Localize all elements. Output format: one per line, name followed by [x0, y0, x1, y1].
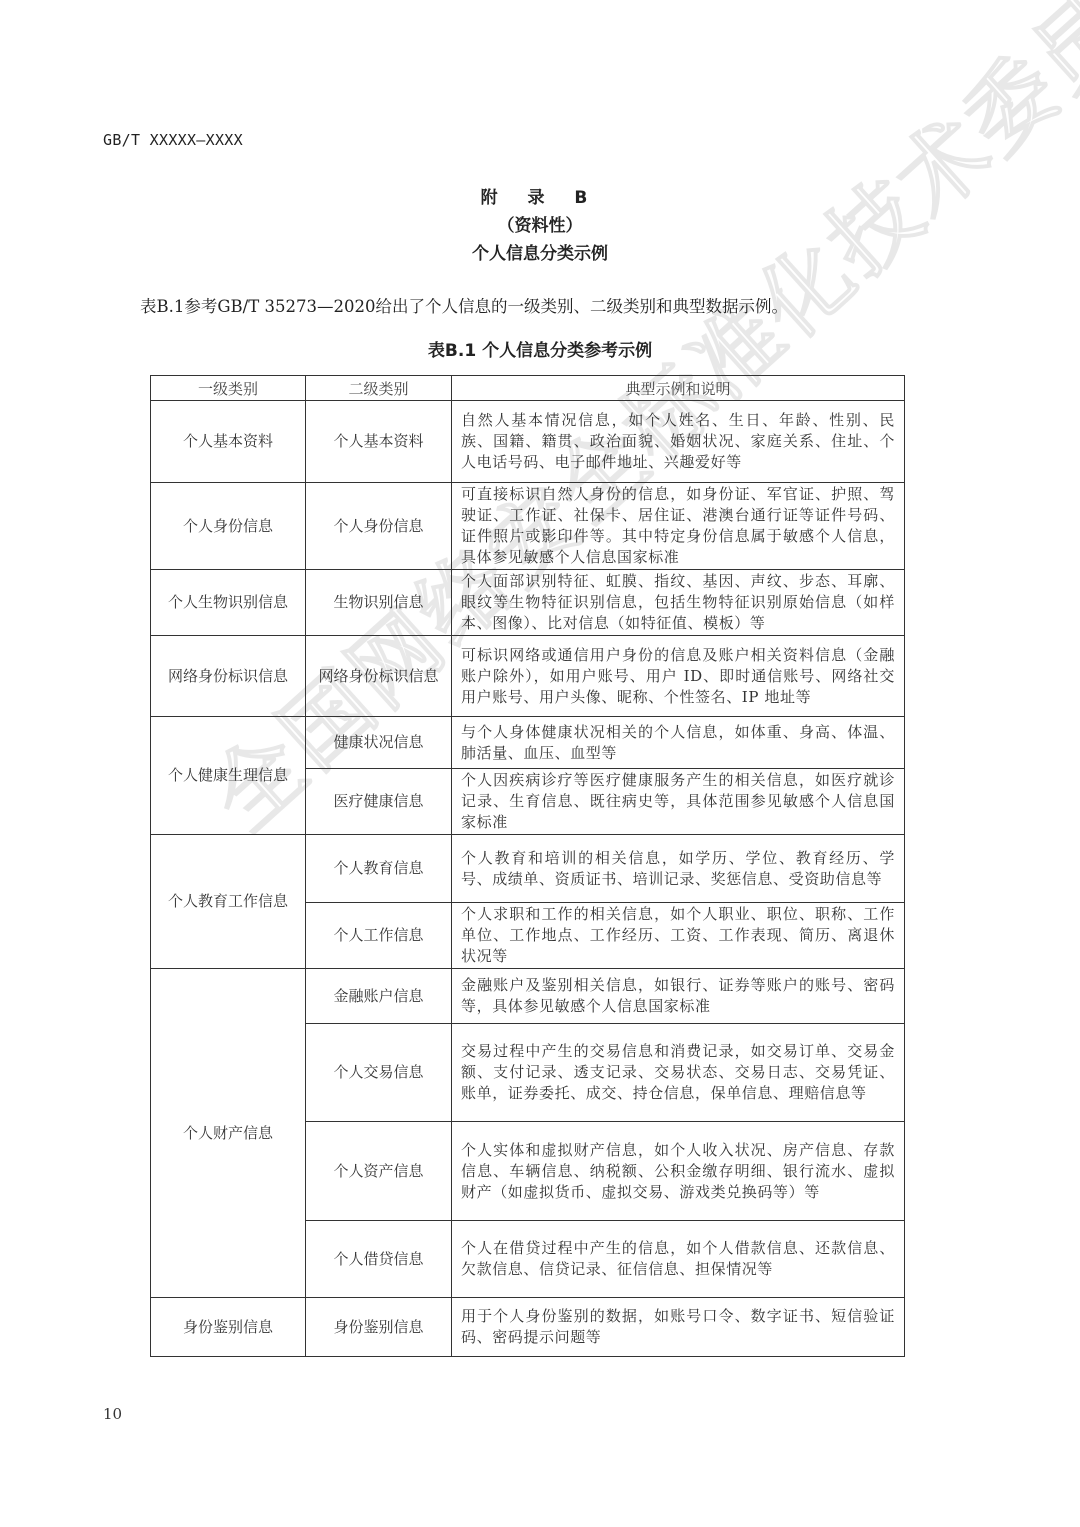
description-cell: 个人教育和培训的相关信息，如学历、学位、教育经历、学号、成绩单、资质证书、培训记… [452, 835, 905, 903]
level2-cell: 个人资产信息 [306, 1122, 452, 1221]
level2-cell: 个人交易信息 [306, 1024, 452, 1122]
table-row: 个人生物识别信息 生物识别信息 个人面部识别特征、虹膜、指纹、基因、声纹、步态、… [151, 570, 905, 636]
document-code: GB/T XXXXX—XXXX [103, 131, 243, 149]
annex-title: 附 录 B [0, 183, 1080, 208]
description-cell: 自然人基本情况信息，如个人姓名、生日、年龄、性别、民族、国籍、籍贯、政治面貌、婚… [452, 401, 905, 483]
description-cell: 与个人身体健康状况相关的个人信息，如体重、身高、体温、肺活量、血压、血型等 [452, 717, 905, 769]
description-cell: 金融账户及鉴别相关信息，如银行、证券等账户的账号、密码等，具体参见敏感个人信息国… [452, 969, 905, 1024]
description-cell: 个人因疾病诊疗等医疗健康服务产生的相关信息，如医疗就诊记录、生育信息、既往病史等… [452, 769, 905, 835]
level2-cell: 个人工作信息 [306, 903, 452, 969]
classification-table: 一级类别 二级类别 典型示例和说明 个人基本资料 个人基本资料 自然人基本情况信… [150, 375, 905, 1357]
header-level2: 二级类别 [306, 376, 452, 401]
level1-cell: 个人教育工作信息 [151, 835, 306, 969]
description-cell: 可直接标识自然人身份的信息，如身份证、军官证、护照、驾驶证、工作证、社保卡、居住… [452, 483, 905, 570]
table-header-row: 一级类别 二级类别 典型示例和说明 [151, 376, 905, 401]
level2-cell: 生物识别信息 [306, 570, 452, 636]
table-row: 网络身份标识信息 网络身份标识信息 可标识网络或通信用户身份的信息及账户相关资料… [151, 636, 905, 717]
level2-cell: 医疗健康信息 [306, 769, 452, 835]
description-cell: 个人面部识别特征、虹膜、指纹、基因、声纹、步态、耳廓、眼纹等生物特征识别信息，包… [452, 570, 905, 636]
level1-cell: 身份鉴别信息 [151, 1298, 306, 1357]
table-row: 个人财产信息 金融账户信息 金融账户及鉴别相关信息，如银行、证券等账户的账号、密… [151, 969, 905, 1024]
table-row: 身份鉴别信息 身份鉴别信息 用于个人身份鉴别的数据，如账号口令、数字证书、短信验… [151, 1298, 905, 1357]
description-cell: 用于个人身份鉴别的数据，如账号口令、数字证书、短信验证码、密码提示问题等 [452, 1298, 905, 1357]
classification-table-container: 一级类别 二级类别 典型示例和说明 个人基本资料 个人基本资料 自然人基本情况信… [150, 375, 904, 1357]
annex-nature: （资料性） [0, 211, 1080, 236]
table-row: 个人基本资料 个人基本资料 自然人基本情况信息，如个人姓名、生日、年龄、性别、民… [151, 401, 905, 483]
level2-cell: 个人基本资料 [306, 401, 452, 483]
level2-cell: 个人身份信息 [306, 483, 452, 570]
level2-cell: 金融账户信息 [306, 969, 452, 1024]
description-cell: 个人求职和工作的相关信息，如个人职业、职位、职称、工作单位、工作地点、工作经历、… [452, 903, 905, 969]
description-cell: 交易过程中产生的交易信息和消费记录，如交易订单、交易金额、支付记录、透支记录、交… [452, 1024, 905, 1122]
intro-paragraph: 表B.1参考GB/T 35273—2020给出了个人信息的一级类别、二级类别和典… [140, 293, 788, 317]
level1-cell: 个人基本资料 [151, 401, 306, 483]
table-row: 个人健康生理信息 健康状况信息 与个人身体健康状况相关的个人信息，如体重、身高、… [151, 717, 905, 769]
level2-cell: 健康状况信息 [306, 717, 452, 769]
table-caption: 表B.1 个人信息分类参考示例 [0, 336, 1080, 361]
level2-cell: 个人借贷信息 [306, 1221, 452, 1298]
level1-cell: 个人生物识别信息 [151, 570, 306, 636]
table-row: 个人教育工作信息 个人教育信息 个人教育和培训的相关信息，如学历、学位、教育经历… [151, 835, 905, 903]
description-cell: 可标识网络或通信用户身份的信息及账户相关资料信息（金融账户除外），如用户账号、用… [452, 636, 905, 717]
level1-cell: 个人健康生理信息 [151, 717, 306, 835]
table-row: 个人身份信息 个人身份信息 可直接标识自然人身份的信息，如身份证、军官证、护照、… [151, 483, 905, 570]
header-description: 典型示例和说明 [452, 376, 905, 401]
level2-cell: 个人教育信息 [306, 835, 452, 903]
level2-cell: 身份鉴别信息 [306, 1298, 452, 1357]
level1-cell: 个人财产信息 [151, 969, 306, 1298]
level1-cell: 个人身份信息 [151, 483, 306, 570]
level2-cell: 网络身份标识信息 [306, 636, 452, 717]
description-cell: 个人在借贷过程中产生的信息，如个人借款信息、还款信息、欠款信息、信贷记录、征信信… [452, 1221, 905, 1298]
header-level1: 一级类别 [151, 376, 306, 401]
level1-cell: 网络身份标识信息 [151, 636, 306, 717]
annex-subject: 个人信息分类示例 [0, 239, 1080, 264]
page-number: 10 [103, 1405, 122, 1423]
description-cell: 个人实体和虚拟财产信息，如个人收入状况、房产信息、存款信息、车辆信息、纳税额、公… [452, 1122, 905, 1221]
